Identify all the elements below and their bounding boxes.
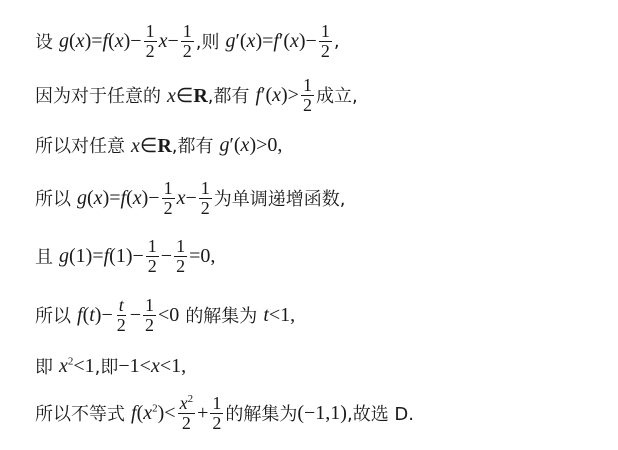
line-8: 所以不等式 f(x2)< x22 + 12 的解集为 (−1,1) ,故选 D.: [35, 394, 414, 433]
math: g(x)=f(x)−: [77, 187, 160, 210]
text: 且: [35, 243, 53, 269]
text: ,都有: [172, 132, 214, 158]
fraction: 12: [181, 22, 194, 61]
math: −: [161, 245, 172, 268]
fraction: 12: [146, 237, 159, 276]
text: ,故选 D.: [347, 400, 414, 426]
math: <0: [158, 304, 179, 327]
line-5: 且 g(1)=f(1)− 12 − 12 =0,: [35, 237, 215, 276]
math: −1<x<1,: [118, 355, 186, 378]
text: ,: [334, 31, 340, 52]
text: ,即: [95, 353, 119, 379]
fraction: x22: [178, 394, 196, 433]
math: x∈R: [131, 133, 172, 158]
line-4: 所以 g(x)=f(x)− 12 x− 12 为单调递增函数,: [35, 179, 346, 218]
fraction: 12: [162, 179, 175, 218]
math: x2<1: [59, 355, 95, 378]
line-7: 即 x2<1 ,即 −1<x<1,: [35, 353, 186, 379]
line-2: 因为对于任意的 x∈R ,都有 f′(x)> 12 成立,: [35, 76, 358, 115]
line-6: 所以 f(t)− t2 − 12 <0 的解集为 t<1,: [35, 296, 295, 335]
fraction: 12: [301, 76, 314, 115]
fraction: t2: [115, 296, 128, 335]
math: −: [185, 187, 196, 210]
math: =0,: [189, 245, 215, 268]
text: 为单调递增函数,: [214, 185, 346, 211]
math: (x)=f(x)−: [69, 30, 142, 53]
fraction: 12: [144, 22, 157, 61]
math: g′(x)=f′(x)−: [226, 30, 317, 53]
math: f(x2)<: [131, 402, 176, 425]
text: 所以: [35, 302, 71, 328]
math: x∈R: [167, 83, 208, 108]
math: f(t)−: [77, 304, 113, 327]
text: 即: [35, 353, 53, 379]
line-3: 所以对任意 x∈R ,都有 g′(x)>0,: [35, 132, 282, 158]
fraction: 12: [174, 237, 187, 276]
text: 设: [35, 28, 53, 54]
math: x: [177, 187, 186, 210]
line-1: 设 g(x)=f(x)− 12 x− 12 ,则 g′(x)=f′(x)− 12…: [35, 22, 340, 61]
math: −: [130, 304, 141, 327]
math: f′(x)>: [256, 84, 299, 107]
math: x: [159, 30, 168, 53]
text: 所以对任意: [35, 132, 125, 158]
text: 所以不等式: [35, 400, 125, 426]
math: −: [167, 30, 178, 53]
fraction: 12: [319, 22, 332, 61]
math: g′(x)>0,: [220, 134, 283, 157]
math: (−1,1): [297, 402, 347, 425]
fraction: 12: [210, 394, 223, 433]
math: +: [197, 402, 208, 425]
math: t<1,: [263, 304, 295, 327]
text: 所以: [35, 185, 71, 211]
math: g: [59, 30, 69, 53]
math: g(1)=f(1)−: [59, 245, 144, 268]
text: 因为对于任意的: [35, 82, 161, 108]
text: ,则: [196, 28, 220, 54]
text: ,都有: [208, 82, 250, 108]
text: 的解集为: [185, 302, 257, 328]
fraction: 12: [143, 296, 156, 335]
text: 的解集为: [225, 400, 297, 426]
fraction: 12: [199, 179, 212, 218]
text: 成立,: [316, 82, 358, 108]
